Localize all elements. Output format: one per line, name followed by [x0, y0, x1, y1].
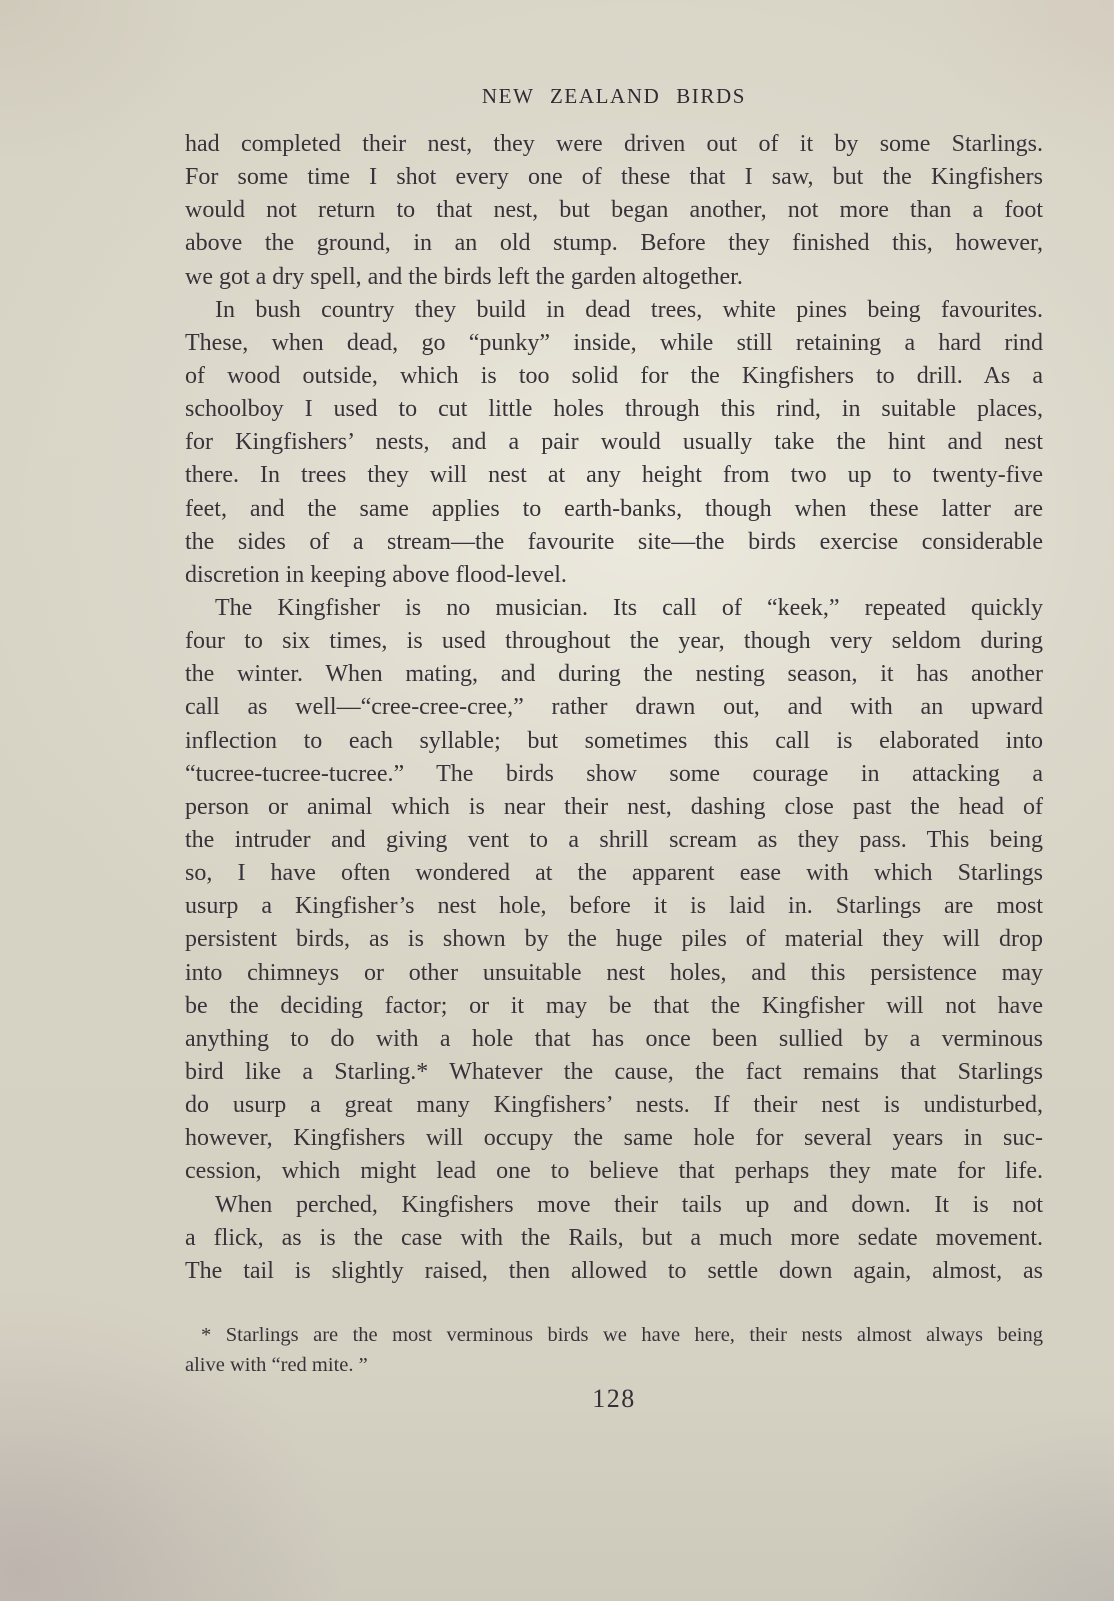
text-line: above the ground, in an old stump. Befor…: [185, 227, 1043, 260]
body-text: had completed their nest, they were driv…: [185, 128, 1043, 1288]
text-line: four to six times, is used throughout th…: [185, 625, 1043, 658]
text-line: the sides of a stream—the favourite site…: [185, 526, 1043, 559]
book-page: NEW ZEALAND BIRDS had completed their ne…: [0, 0, 1114, 1601]
text-line: the winter. When mating, and during the …: [185, 658, 1043, 691]
text-line: For some time I shot every one of these …: [185, 161, 1043, 194]
text-line: usurp a Kingfisher’s nest hole, before i…: [185, 890, 1043, 923]
footnote-line: alive with “red mite. ”: [185, 1350, 1043, 1380]
text-line: for Kingfishers’ nests, and a pair would…: [185, 426, 1043, 459]
footnote: * Starlings are the most verminous birds…: [185, 1320, 1043, 1380]
text-line: however, Kingfishers will occupy the sam…: [185, 1122, 1043, 1155]
text-line: inflection to each syllable; but sometim…: [185, 725, 1043, 758]
footnote-line: * Starlings are the most verminous birds…: [185, 1320, 1043, 1350]
text-line: schoolboy I used to cut little holes thr…: [185, 393, 1043, 426]
text-line: a flick, as is the case with the Rails, …: [185, 1222, 1043, 1255]
text-line: In bush country they build in dead trees…: [185, 294, 1043, 327]
text-line: cession, which might lead one to believe…: [185, 1155, 1043, 1188]
text-line: call as well—“cree-cree-cree,” rather dr…: [185, 691, 1043, 724]
text-line: The tail is slightly raised, then allowe…: [185, 1255, 1043, 1288]
text-line: so, I have often wondered at the apparen…: [185, 857, 1043, 890]
text-line: persistent birds, as is shown by the hug…: [185, 923, 1043, 956]
text-line: there. In trees they will nest at any he…: [185, 459, 1043, 492]
text-line: bird like a Starling.* Whatever the caus…: [185, 1056, 1043, 1089]
text-line: be the deciding factor; or it may be tha…: [185, 990, 1043, 1023]
text-line: feet, and the same applies to earth-bank…: [185, 493, 1043, 526]
text-line: into chimneys or other unsuitable nest h…: [185, 957, 1043, 990]
text-line: the intruder and giving vent to a shrill…: [185, 824, 1043, 857]
text-line: When perched, Kingfishers move their tai…: [185, 1189, 1043, 1222]
text-line: “tucree-tucree-tucree.” The birds show s…: [185, 758, 1043, 791]
page-number: 128: [185, 1384, 1043, 1414]
running-header: NEW ZEALAND BIRDS: [185, 84, 1043, 109]
text-line: anything to do with a hole that has once…: [185, 1023, 1043, 1056]
text-line: of wood outside, which is too solid for …: [185, 360, 1043, 393]
text-line: we got a dry spell, and the birds left t…: [185, 261, 1043, 294]
text-line: discretion in keeping above flood-level.: [185, 559, 1043, 592]
text-line: had completed their nest, they were driv…: [185, 128, 1043, 161]
text-line: The Kingfisher is no musician. Its call …: [185, 592, 1043, 625]
text-line: would not return to that nest, but began…: [185, 194, 1043, 227]
text-line: These, when dead, go “punky” inside, whi…: [185, 327, 1043, 360]
text-line: do usurp a great many Kingfishers’ nests…: [185, 1089, 1043, 1122]
text-column: NEW ZEALAND BIRDS had completed their ne…: [185, 0, 1043, 1601]
text-line: person or animal which is near their nes…: [185, 791, 1043, 824]
